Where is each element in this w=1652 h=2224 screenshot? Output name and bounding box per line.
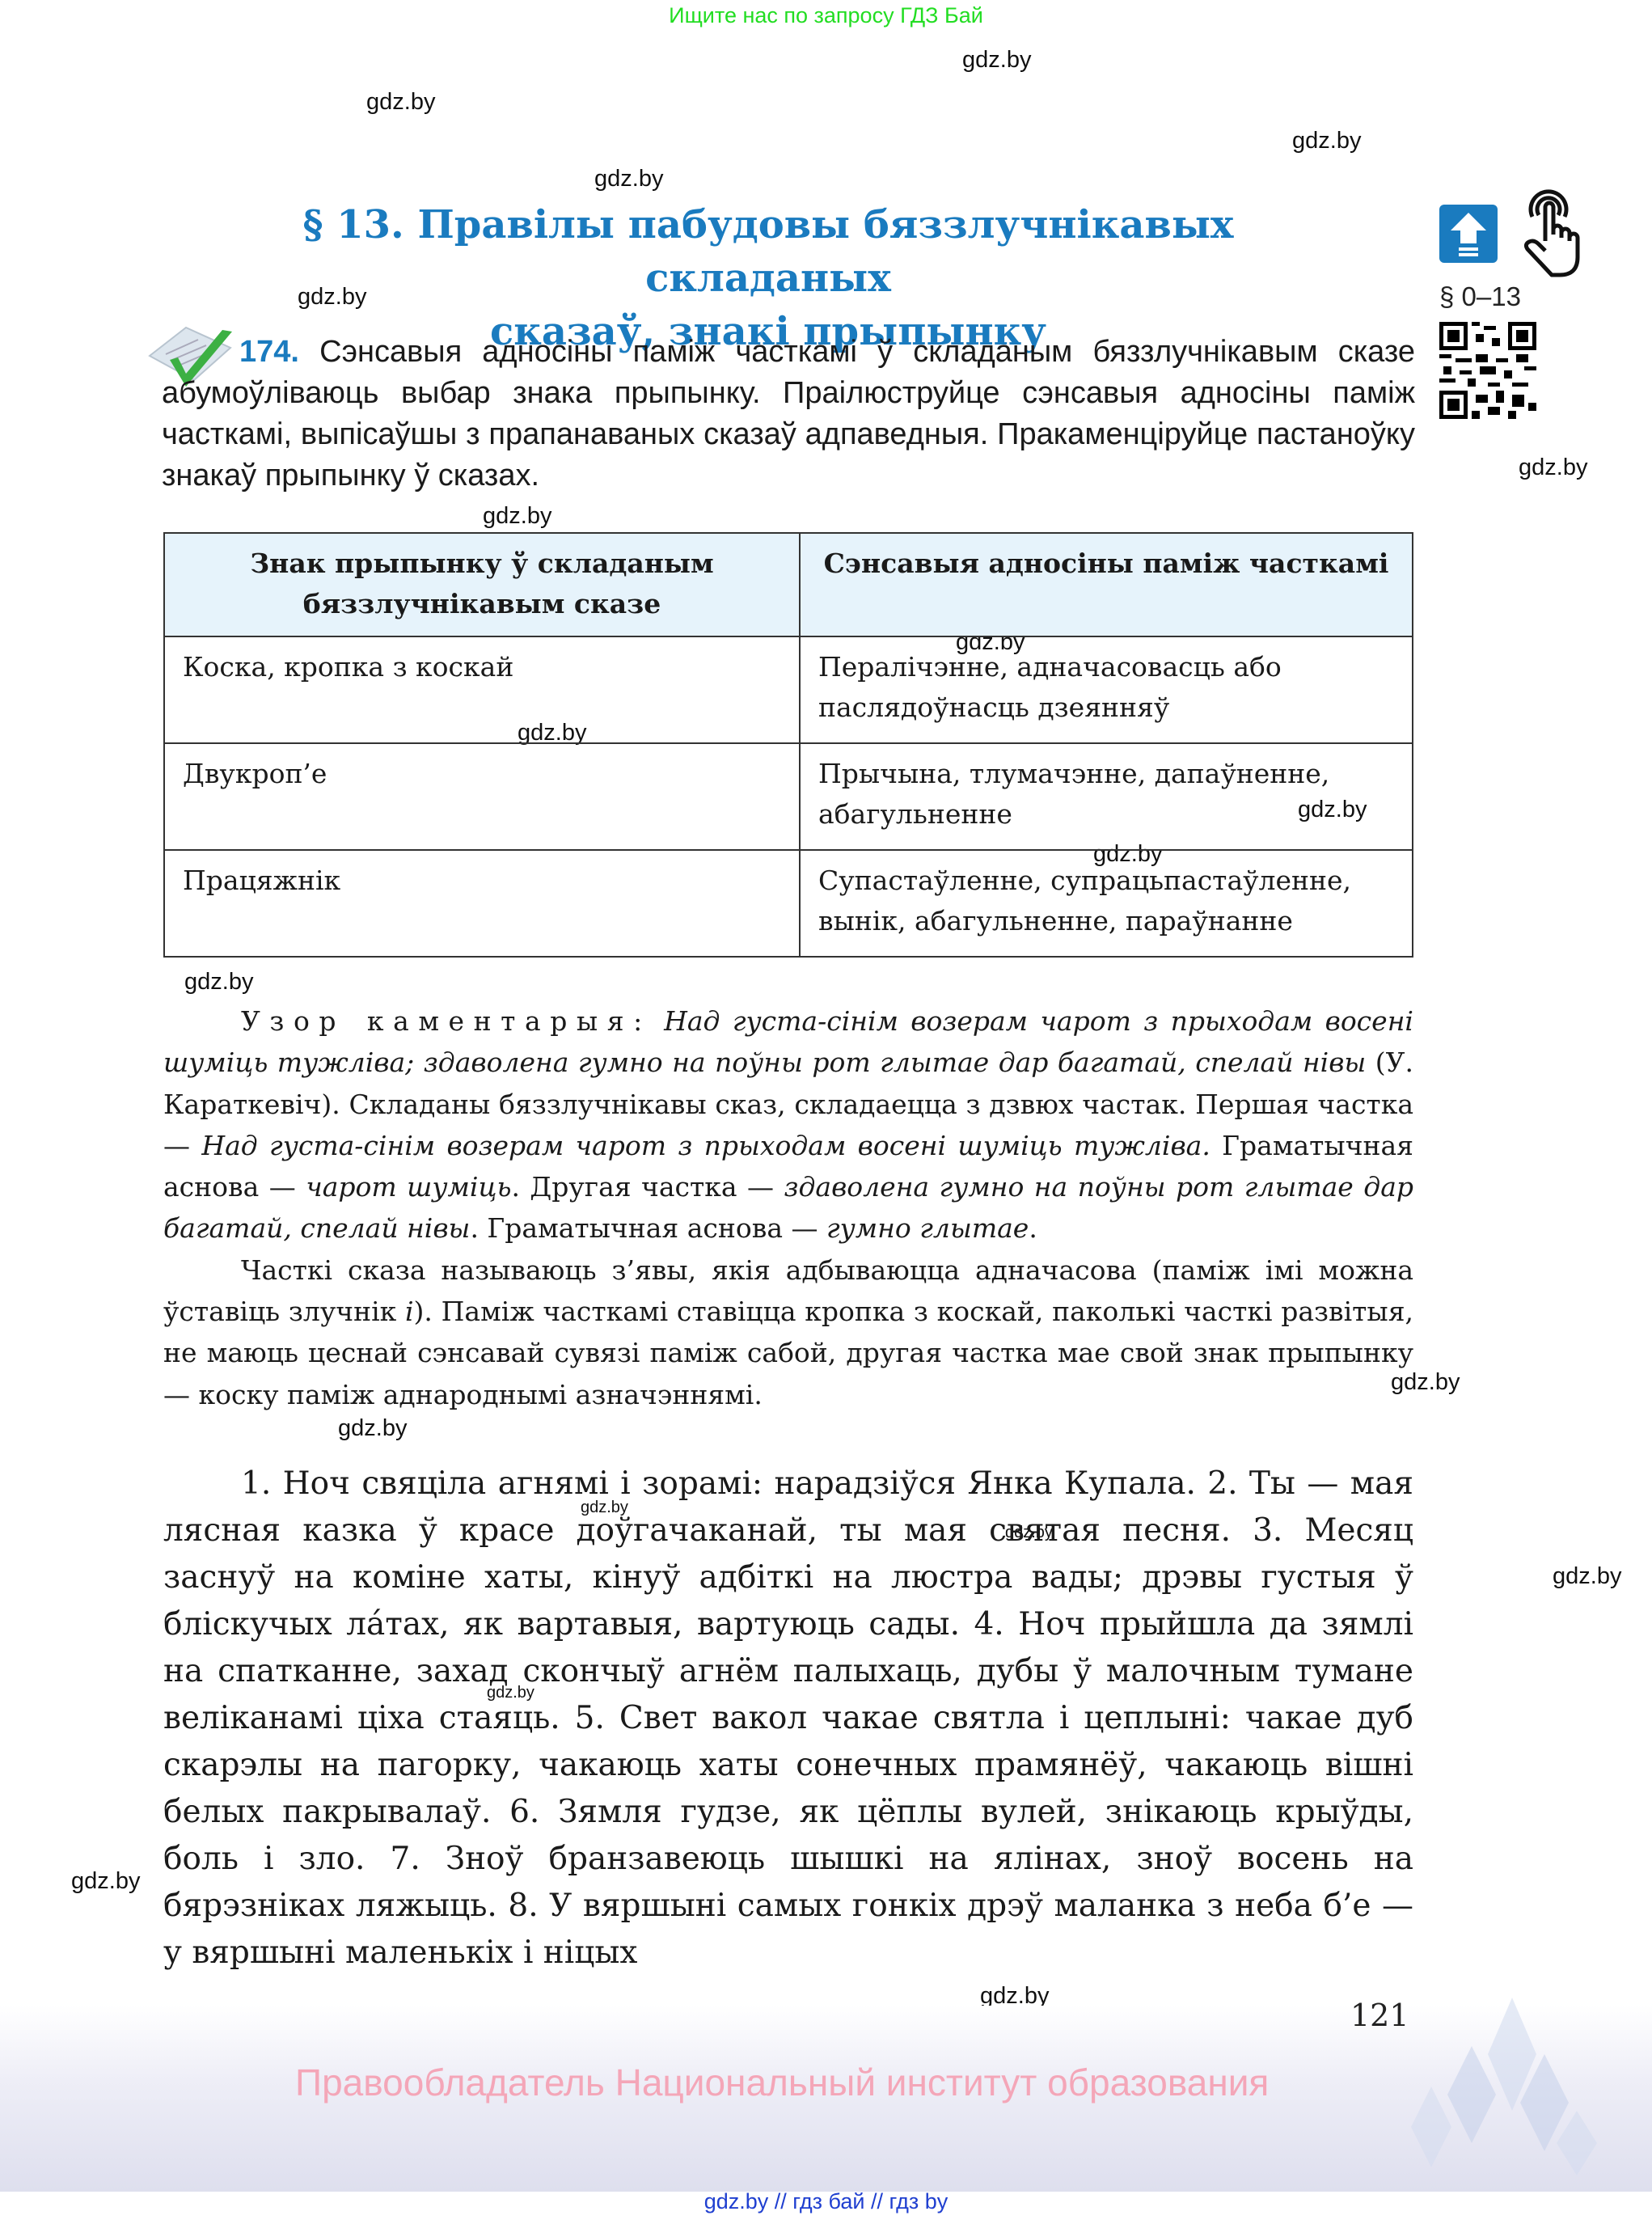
watermark: gdz.by [338, 1415, 407, 1442]
table-cell: Прычына, тлумачэнне, дапаўненне, абагуль… [800, 743, 1413, 850]
page-number: 121 [1350, 1998, 1409, 2033]
commentary-label: Узор каментарыя: [241, 1005, 652, 1037]
example-sentences-text: 1. Ноч свяціла агнямі і зорамі: нарадзіў… [163, 1461, 1413, 1977]
table-header: Знак прыпынку ў складаным бяззлучнікавым… [164, 533, 800, 636]
hand-pointer-icon[interactable] [1516, 184, 1589, 281]
watermark: gdz.by [483, 503, 551, 530]
watermark: gdz.by [1519, 455, 1587, 481]
italic-quote: Над густа-сінім возерам чарот з прыходам… [201, 1130, 1210, 1161]
table-cell: Працяжнік [164, 850, 800, 957]
watermark: gdz.by [366, 89, 435, 116]
section-title-line1: § 13. Правілы пабудовы бяззлучнікавых ск… [186, 198, 1350, 305]
search-banner: Ищите нас по запросу ГДЗ Бай [0, 3, 1652, 28]
italic-quote: гумно глытае [826, 1212, 1029, 1244]
italic-quote: і [405, 1296, 414, 1327]
table-cell: Коска, кропка з коскай [164, 636, 800, 743]
commentary-paragraph-1: Узор каментарыя: Над густа-сінім возерам… [163, 1000, 1413, 1249]
punctuation-table: Знак прыпынку ў складаным бяззлучнікавым… [163, 532, 1413, 958]
example-sentences: 1. Ноч свяціла агнямі і зорамі: нарадзіў… [163, 1461, 1413, 1977]
exercise-number: 174. [239, 335, 299, 369]
table-cell: Супастаўленне, супрацьпастаўленне, вынік… [800, 850, 1413, 957]
watermark: gdz.by [1292, 128, 1361, 154]
home-up-arrow-icon[interactable] [1439, 205, 1498, 263]
commentary-text: . Другая частка — [511, 1171, 784, 1203]
exercise-text: Сэнсавыя адносіны паміж часткамі ў склад… [162, 335, 1415, 493]
italic-quote: чарот шуміць [306, 1171, 511, 1203]
commentary-text: . [1029, 1212, 1037, 1244]
decorative-diamonds-icon [1294, 1998, 1617, 2192]
commentary-paragraph-2: Часткі сказа называюць з’явы, якія адбыв… [163, 1249, 1413, 1415]
footer-links[interactable]: gdz.by // гдз бай // гдз by [0, 2189, 1652, 2214]
table-header: Сэнсавыя адносіны паміж часткамі [800, 533, 1413, 636]
watermark: gdz.by [962, 47, 1031, 74]
section-range-label: § 0–13 [1439, 281, 1521, 312]
table-cell: Пералічэнне, адначасовасць або паслядоўн… [800, 636, 1413, 743]
watermark: gdz.by [594, 166, 663, 192]
commentary-text: Над густа-сінім возерам чарот з прыходам… [163, 1005, 1413, 1244]
table-row: Двукроп’е Прычына, тлумачэнне, дапаўненн… [164, 743, 1413, 850]
exercise-174: 174. Сэнсавыя адносіны паміж часткамі ў … [162, 332, 1415, 497]
watermark: gdz.by [71, 1868, 140, 1895]
watermark: gdz.by [1553, 1563, 1621, 1590]
commentary-text: . Граматычная аснова — [470, 1212, 826, 1244]
watermark: gdz.by [184, 969, 253, 996]
table-cell: Двукроп’е [164, 743, 800, 850]
copyright-notice: Правообладатель Национальный институт об… [295, 2061, 1269, 2104]
table-row: Коска, кропка з коскай Пералічэнне, адна… [164, 636, 1413, 743]
table-row: Працяжнік Супастаўленне, супрацьпастаўле… [164, 850, 1413, 957]
qr-code-icon[interactable] [1439, 322, 1536, 419]
sample-commentary: Узор каментарыя: Над густа-сінім возерам… [163, 1000, 1413, 1415]
